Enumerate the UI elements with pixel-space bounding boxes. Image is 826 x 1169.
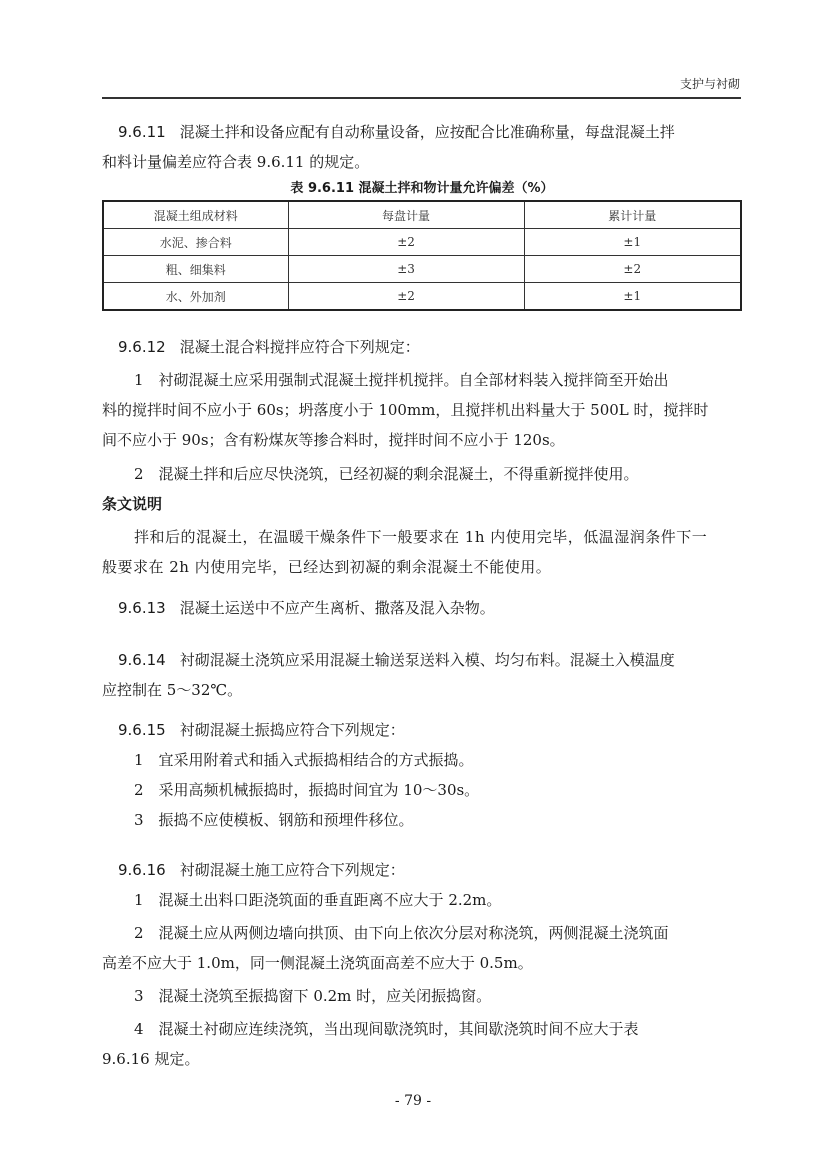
header-rule <box>102 97 741 99</box>
table-cell: 粗、细集料 <box>103 256 288 283</box>
table-caption: 表 9.6.11 混凝土拌和物计量允许偏差（%） <box>102 177 742 196</box>
commentary-heading: 条文说明 <box>102 493 162 514</box>
list-item: 1 混凝土出料口距浇筑面的垂直距离不应大于 2.2m。 <box>102 885 742 915</box>
running-header: 支护与衬砌 <box>680 75 740 92</box>
commentary-text: 拌和后的混凝土，在温暖干燥条件下一般要求在 1h 内使用完毕，低温湿润条件下一 … <box>102 522 742 582</box>
commentary-line: 拌和后的混凝土，在温暖干燥条件下一般要求在 1h 内使用完毕，低温湿润条件下一 <box>102 522 742 552</box>
table-cell: ±1 <box>524 283 741 311</box>
table-cell: ±1 <box>524 229 741 256</box>
list-item: 3 振捣不应使模板、钢筋和预埋件移位。 <box>102 805 742 835</box>
table-header-cell: 累计计量 <box>524 201 741 229</box>
list-item-cont: 料的搅拌时间不应小于 60s；坍落度小于 100mm，且搅拌机出料量大于 500… <box>102 395 742 425</box>
table-cell: 水泥、掺合料 <box>103 229 288 256</box>
list-item: 1 衬砌混凝土应采用强制式混凝土搅拌机搅拌。自全部材料装入搅拌筒至开始出 <box>102 365 742 395</box>
list-item-cont: 间不应小于 90s；含有粉煤灰等掺合料时，搅拌时间不应小于 120s。 <box>102 425 742 455</box>
clause-9-6-11: 9.6.11混凝土拌和设备应配有自动称量设备，应按配合比准确称量，每盘混凝土拌 … <box>102 117 742 177</box>
list-item: 1 宜采用附着式和插入式振捣相结合的方式振捣。 <box>102 745 742 775</box>
clause-number: 9.6.14 <box>118 651 166 669</box>
clause-text: 混凝土拌和设备应配有自动称量设备，应按配合比准确称量，每盘混凝土拌 <box>180 123 675 141</box>
clause-text: 和料计量偏差应符合表 9.6.11 的规定。 <box>102 147 742 177</box>
clause-text: 衬砌混凝土施工应符合下列规定： <box>180 861 405 879</box>
list-item-cont: 9.6.16 规定。 <box>102 1044 742 1074</box>
clause-number: 9.6.11 <box>118 123 166 141</box>
table-cell: 水、外加剂 <box>103 283 288 311</box>
table-cell: ±2 <box>288 283 524 311</box>
list-item: 2 混凝土应从两侧边墙向拱顶、由下向上依次分层对称浇筑，两侧混凝土浇筑面 <box>102 918 742 948</box>
list-item: 3 混凝土浇筑至振捣窗下 0.2m 时，应关闭振捣窗。 <box>102 981 742 1011</box>
list-item-cont: 高差不应大于 1.0m，同一侧混凝土浇筑面高差不应大于 0.5m。 <box>102 948 742 978</box>
clause-9-6-16: 9.6.16衬砌混凝土施工应符合下列规定： 1 混凝土出料口距浇筑面的垂直距离不… <box>102 855 742 1074</box>
table-header-cell: 混凝土组成材料 <box>103 201 288 229</box>
table-cell: ±2 <box>288 229 524 256</box>
table-header-row: 混凝土组成材料 每盘计量 累计计量 <box>103 201 741 229</box>
tolerance-table: 混凝土组成材料 每盘计量 累计计量 水泥、掺合料 ±2 ±1 粗、细集料 ±3 … <box>102 200 742 311</box>
clause-text: 混凝土混合料搅拌应符合下列规定： <box>180 338 420 356</box>
clause-number: 9.6.15 <box>118 721 166 739</box>
commentary-line: 般要求在 2h 内使用完毕，已经达到初凝的剩余混凝土不能使用。 <box>102 552 742 582</box>
clause-9-6-14: 9.6.14衬砌混凝土浇筑应采用混凝土输送泵送料入模、均匀布料。混凝土入模温度 … <box>102 645 742 705</box>
page-number: - 79 - <box>0 1093 826 1109</box>
table-cell: ±3 <box>288 256 524 283</box>
clause-9-6-15: 9.6.15衬砌混凝土振捣应符合下列规定： 1 宜采用附着式和插入式振捣相结合的… <box>102 715 742 835</box>
clause-number: 9.6.16 <box>118 861 166 879</box>
list-item: 4 混凝土衬砌应连续浇筑，当出现间歇浇筑时，其间歇浇筑时间不应大于表 <box>102 1014 742 1044</box>
clause-text: 衬砌混凝土浇筑应采用混凝土输送泵送料入模、均匀布料。混凝土入模温度 <box>180 651 675 669</box>
clause-text: 应控制在 5～32℃。 <box>102 675 742 705</box>
table-row: 粗、细集料 ±3 ±2 <box>103 256 741 283</box>
clause-number: 9.6.12 <box>118 338 166 356</box>
clause-number: 9.6.13 <box>118 599 166 617</box>
clause-text: 混凝土运送中不应产生离析、撒落及混入杂物。 <box>180 599 495 617</box>
list-item: 2 混凝土拌和后应尽快浇筑，已经初凝的剩余混凝土，不得重新搅拌使用。 <box>102 459 742 489</box>
table-row: 水、外加剂 ±2 ±1 <box>103 283 741 311</box>
table-row: 水泥、掺合料 ±2 ±1 <box>103 229 741 256</box>
clause-9-6-12: 9.6.12混凝土混合料搅拌应符合下列规定： 1 衬砌混凝土应采用强制式混凝土搅… <box>102 332 742 489</box>
table-header-cell: 每盘计量 <box>288 201 524 229</box>
clause-text: 衬砌混凝土振捣应符合下列规定： <box>180 721 405 739</box>
clause-9-6-13: 9.6.13混凝土运送中不应产生离析、撒落及混入杂物。 <box>102 593 742 623</box>
list-item: 2 采用高频机械振捣时，振捣时间宜为 10～30s。 <box>102 775 742 805</box>
table-cell: ±2 <box>524 256 741 283</box>
